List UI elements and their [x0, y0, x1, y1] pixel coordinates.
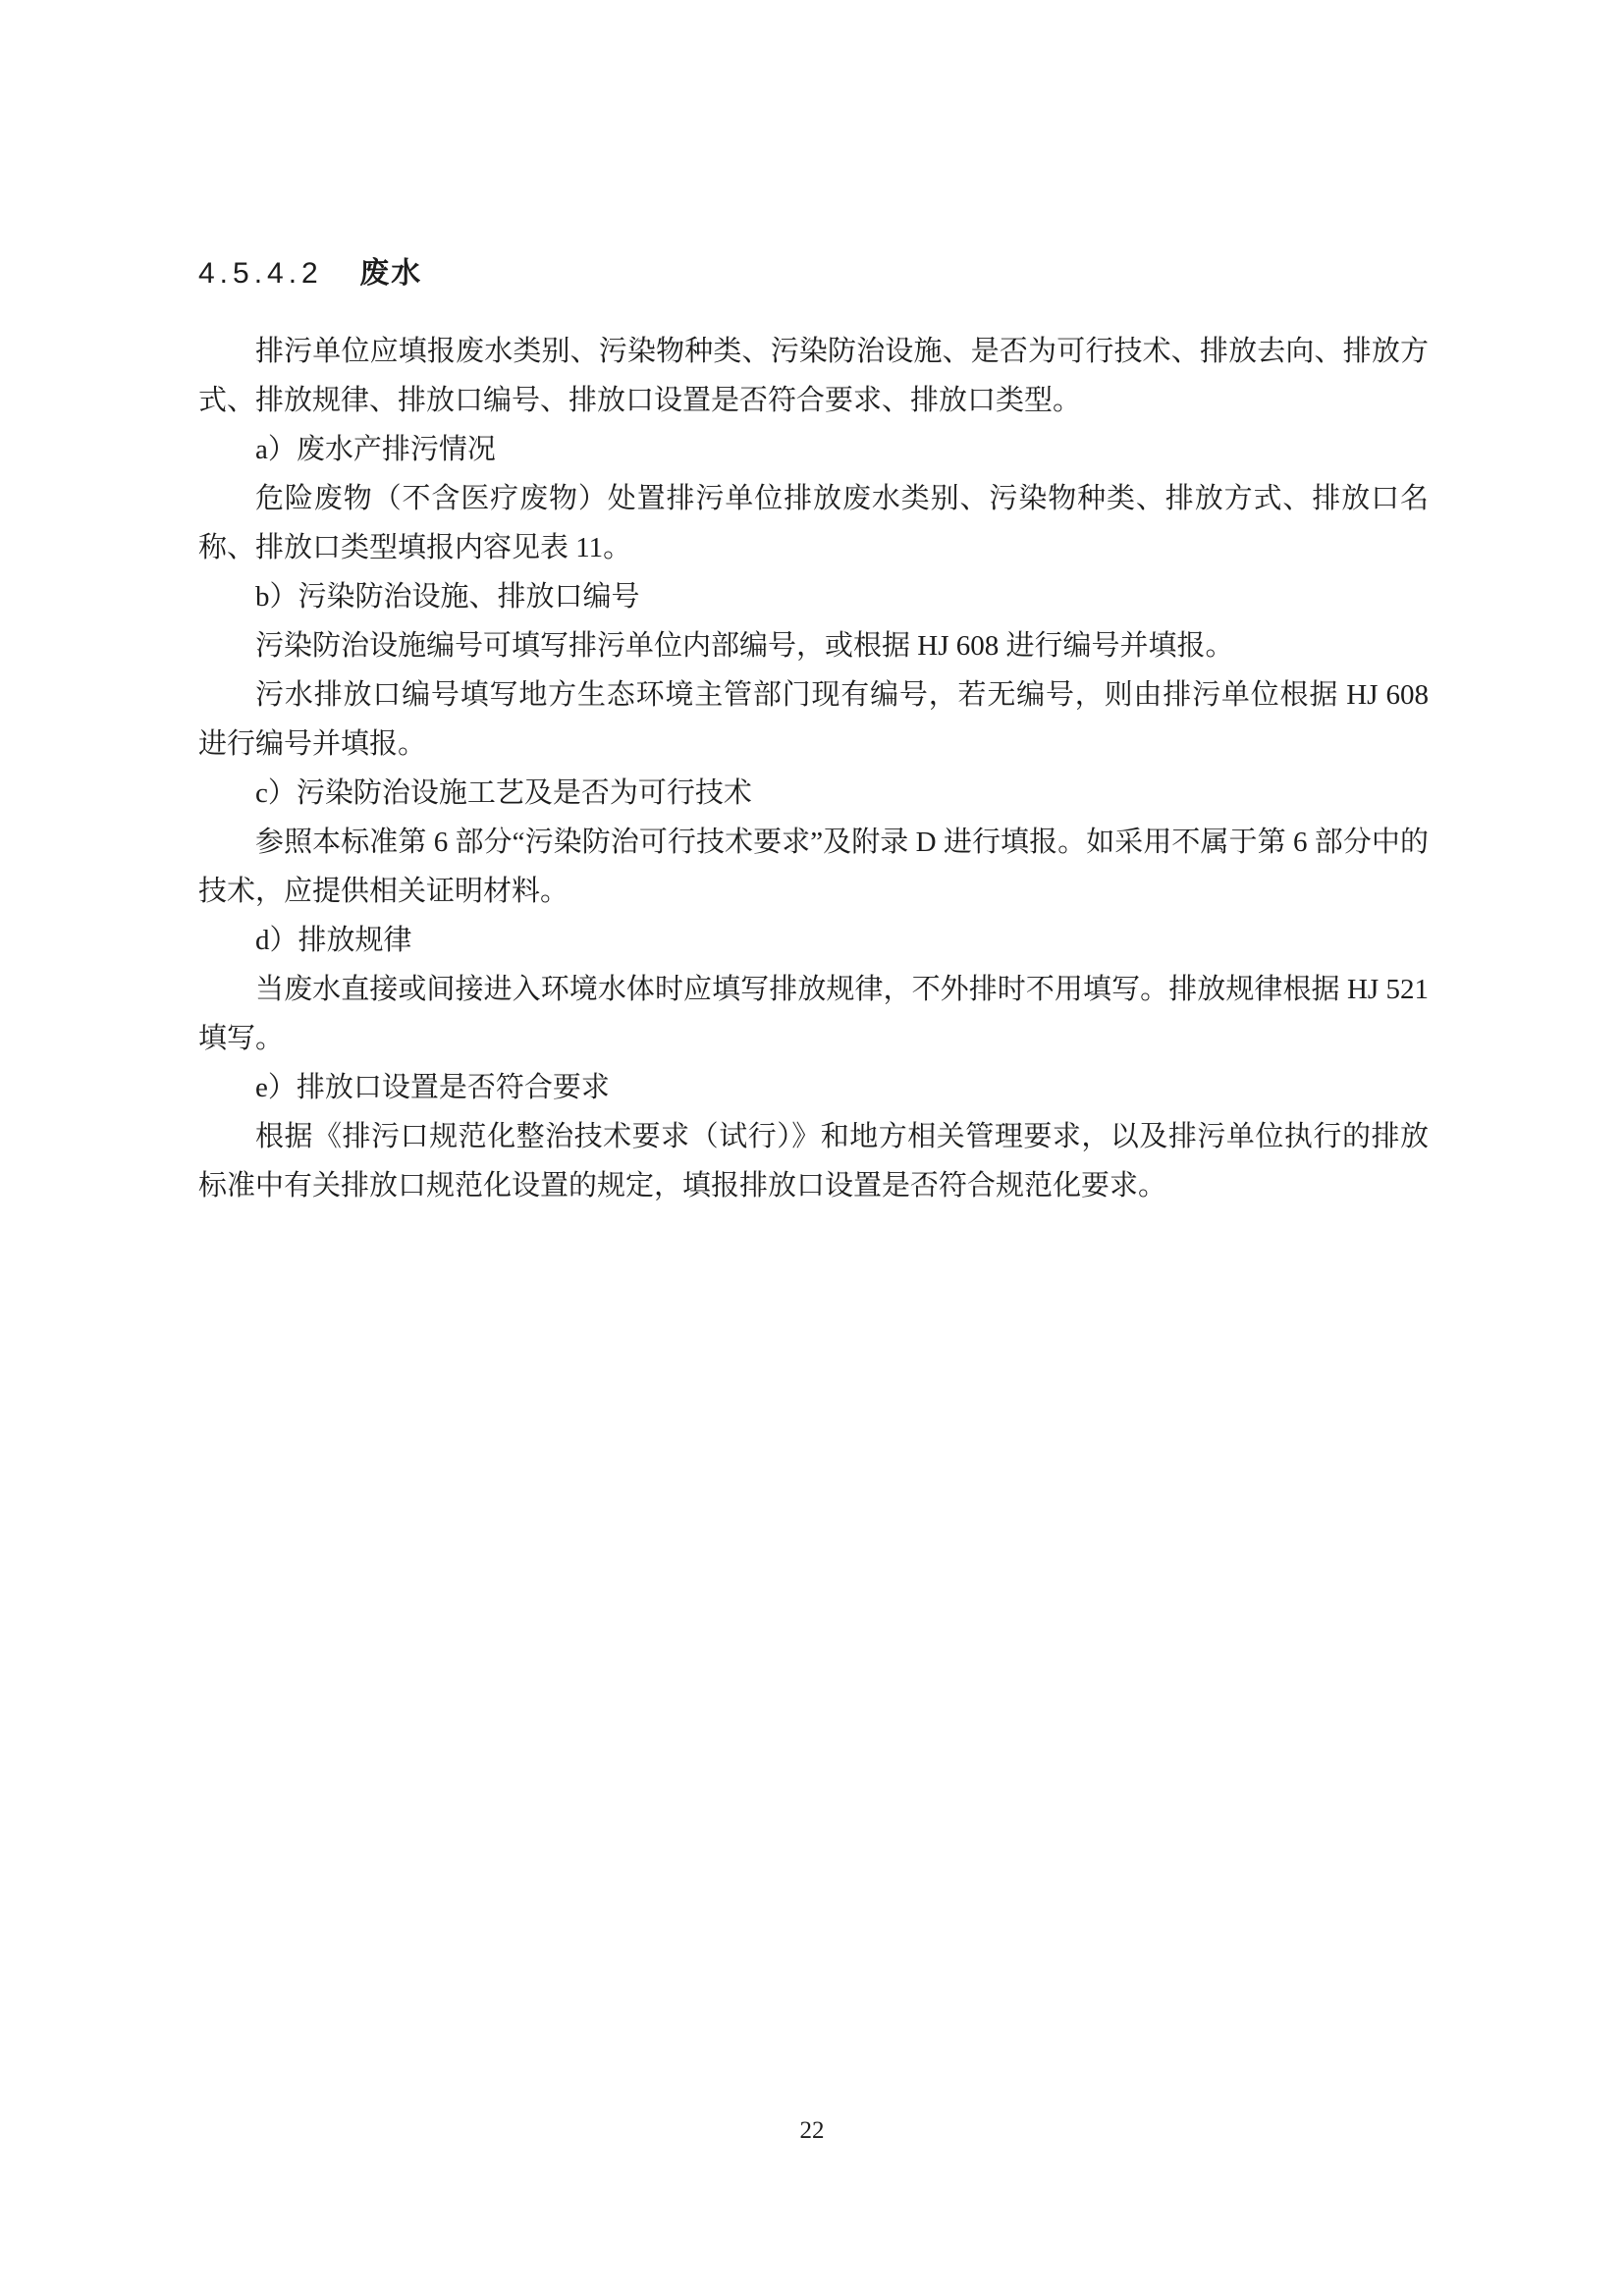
item-d-heading: d）排放规律 [198, 916, 1429, 965]
paragraph-intro: 排污单位应填报废水类别、污染物种类、污染防治设施、是否为可行技术、排放去向、排放… [198, 327, 1429, 425]
section-body: 排污单位应填报废水类别、污染物种类、污染防治设施、是否为可行技术、排放去向、排放… [198, 327, 1429, 1210]
item-e-heading: e）排放口设置是否符合要求 [198, 1063, 1429, 1112]
page-number: 22 [0, 2116, 1624, 2146]
item-d-paragraph: 当废水直接或间接进入环境水体时应填写排放规律，不外排时不用填写。排放规律根据 H… [198, 965, 1429, 1063]
item-b-heading: b）污染防治设施、排放口编号 [198, 572, 1429, 621]
section-heading: 4.5.4.2 废水 [198, 258, 1429, 290]
item-c-paragraph: 参照本标准第 6 部分“污染防治可行技术要求”及附录 D 进行填报。如采用不属于… [198, 818, 1429, 916]
document-page: 4.5.4.2 废水 排污单位应填报废水类别、污染物种类、污染防治设施、是否为可… [0, 0, 1624, 2296]
item-b-paragraph-1: 污染防治设施编号可填写排污单位内部编号，或根据 HJ 608 进行编号并填报。 [198, 621, 1429, 670]
item-a-paragraph: 危险废物（不含医疗废物）处置排污单位排放废水类别、污染物种类、排放方式、排放口名… [198, 474, 1429, 572]
section-heading-number: 4.5.4.2 [198, 257, 323, 290]
page-content: 4.5.4.2 废水 排污单位应填报废水类别、污染物种类、污染防治设施、是否为可… [198, 258, 1429, 1210]
item-c-heading: c）污染防治设施工艺及是否为可行技术 [198, 769, 1429, 818]
item-b-paragraph-2: 污水排放口编号填写地方生态环境主管部门现有编号，若无编号，则由排污单位根据 HJ… [198, 670, 1429, 769]
section-heading-title: 废水 [359, 257, 422, 290]
item-e-paragraph: 根据《排污口规范化整治技术要求（试行）》和地方相关管理要求，以及排污单位执行的排… [198, 1112, 1429, 1210]
item-a-heading: a）废水产排污情况 [198, 425, 1429, 474]
